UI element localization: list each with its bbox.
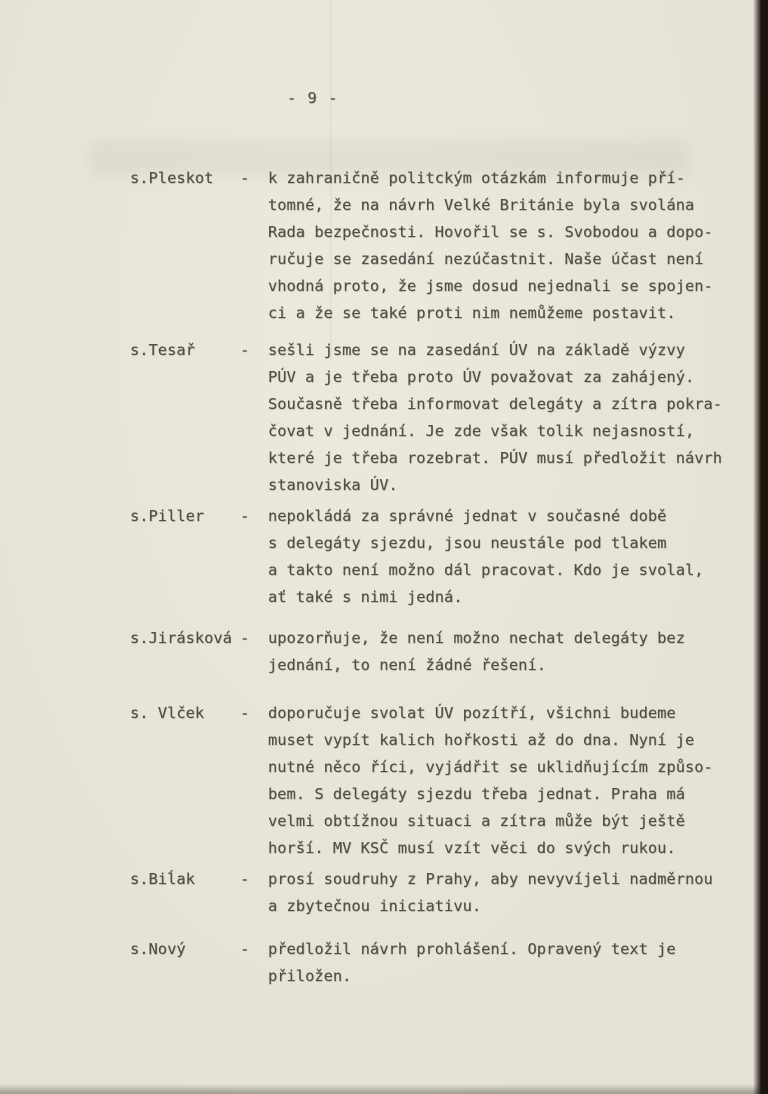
text-line: jednání, to není žádné řešení. (268, 652, 748, 679)
minutes-entry: s.Jirásková - upozorňuje, že není možno … (130, 625, 748, 679)
paper-crease (330, 0, 332, 360)
text-line: prosí soudruhy z Prahy, aby nevyvíjeli n… (268, 866, 748, 893)
entry-separator: - (240, 700, 268, 727)
text-line: tomné, že na návrh Velké Británie byla s… (268, 192, 748, 219)
speaker-name: s.Tesař (130, 337, 240, 364)
entries: s.Pleskot - k zahraničně politckým otázk… (0, 165, 768, 990)
text-line: horší. MV KSČ musí vzít věci do svých ru… (268, 835, 748, 862)
text-line: velmi obtížnou situaci a zítra může být … (268, 808, 748, 835)
speaker-name: s. Vlček (130, 700, 240, 727)
scanned-document-page: { "page": { "number_label": "- 9 -" }, "… (0, 0, 768, 1094)
text-line: bem. S delegáty sjezdu třeba jednat. Pra… (268, 781, 748, 808)
minutes-entry: s.Piller - nepokládá za správné jednat v… (130, 503, 748, 611)
text-line: stanoviska ÚV. (268, 472, 748, 499)
text-line: vhodná proto, že jsme dosud nejednali se… (268, 273, 748, 300)
text-line: přiložen. (268, 963, 748, 990)
entry-separator: - (240, 337, 268, 364)
text-line: doporučuje svolat ÚV pozítří, všichni bu… (268, 700, 748, 727)
text-line: nepokládá za správné jednat v současné d… (268, 503, 748, 530)
entry-lines: prosí soudruhy z Prahy, aby nevyvíjeli n… (268, 866, 748, 920)
speaker-name: s.Jirásková (130, 625, 240, 652)
text-line: s delegáty sjezdu, jsou neustále pod tla… (268, 530, 748, 557)
text-line: předložil návrh prohlášení. Opravený tex… (268, 936, 748, 963)
scan-edge-right (753, 0, 768, 1094)
text-line: upozorňuje, že není možno nechat delegát… (268, 625, 748, 652)
text-line: ručuje se zasedání nezúčastnit. Naše úča… (268, 246, 748, 273)
entry-separator: - (240, 866, 268, 893)
minutes-entry: s.Biĺak - prosí soudruhy z Prahy, aby ne… (130, 866, 748, 920)
text-line: a zbytečnou iniciativu. (268, 893, 748, 920)
entry-separator: - (240, 625, 268, 652)
text-line: a takto není možno dál pracovat. Kdo je … (268, 557, 748, 584)
speaker-name: s.Nový (130, 936, 240, 963)
document-page: - 9 - s.Pleskot - k zahraničně politckým… (0, 0, 768, 1094)
minutes-entry: s. Vlček - doporučuje svolat ÚV pozítří,… (130, 700, 748, 862)
entry-separator: - (240, 503, 268, 530)
speaker-name: s.Biĺak (130, 866, 240, 893)
entry-lines: předložil návrh prohlášení. Opravený tex… (268, 936, 748, 990)
text-line: sešli jsme se na zasedání ÚV na základě … (268, 337, 748, 364)
minutes-entry: s.Pleskot - k zahraničně politckým otázk… (130, 165, 748, 327)
paper-smudge (90, 140, 690, 176)
text-line: ci a že se také proti nim nemůžeme posta… (268, 300, 748, 327)
minutes-entry: s.Nový - předložil návrh prohlášení. Opr… (130, 936, 748, 990)
entry-separator: - (240, 936, 268, 963)
text-line: Současně třeba informovat delegáty a zít… (268, 391, 748, 418)
entry-lines: upozorňuje, že není možno nechat delegát… (268, 625, 748, 679)
page-number: - 9 - (287, 88, 768, 108)
scan-edge-bottom (0, 1084, 768, 1094)
speaker-name: s.Piller (130, 503, 240, 530)
text-line: Rada bezpečnosti. Hovořil se s. Svobodou… (268, 219, 748, 246)
text-line: PÚV a je třeba proto ÚV považovat za zah… (268, 364, 748, 391)
entry-lines: sešli jsme se na zasedání ÚV na základě … (268, 337, 748, 499)
minutes-entry: s.Tesař - sešli jsme se na zasedání ÚV n… (130, 337, 748, 499)
text-line: muset vypít kalich hořkosti až do dna. N… (268, 727, 748, 754)
text-line: nutné něco říci, vyjádřit se uklidňující… (268, 754, 748, 781)
entry-lines: doporučuje svolat ÚV pozítří, všichni bu… (268, 700, 748, 862)
text-line: které je třeba rozebrat. PÚV musí předlo… (268, 445, 748, 472)
text-line: ať také s nimi jedná. (268, 584, 748, 611)
entry-lines: nepokládá za správné jednat v současné d… (268, 503, 748, 611)
text-line: čovat v jednání. Je zde však tolik nejas… (268, 418, 748, 445)
entry-lines: k zahraničně politckým otázkám informuje… (268, 165, 748, 327)
